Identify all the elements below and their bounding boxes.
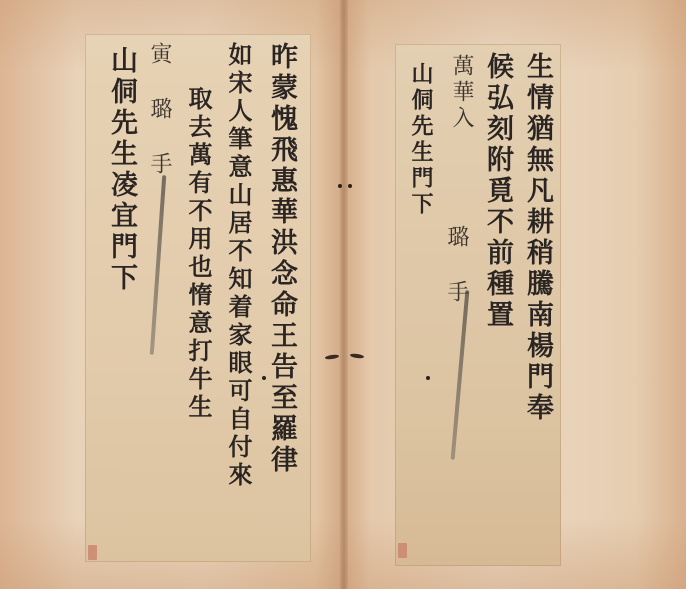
album-spread: 昨蒙愧飛惠華洪念命王告至羅律 如宋人筆意山居不知着家眼可自付來 取去萬有不用也惰…	[0, 0, 686, 589]
calligraphy-column: 萬華入	[450, 54, 472, 174]
signature-column: 寅 璐 手	[148, 42, 170, 222]
red-seal	[398, 543, 407, 558]
addressee-column: 山侗先生門下	[410, 62, 432, 322]
calligraphy-column: 取去萬有不用也惰意打牛生	[186, 86, 210, 426]
binding-hole	[348, 184, 352, 188]
calligraphy-column: 昨蒙愧飛惠華洪念命王告至羅律	[268, 42, 295, 562]
addressee-column: 山侗先生凌宜門下	[108, 46, 135, 346]
ink-dot	[262, 376, 266, 380]
binding-gutter	[340, 0, 348, 589]
binding-hole	[338, 184, 342, 188]
calligraphy-column: 如宋人筆意山居不知着家眼可自付來	[226, 42, 250, 562]
calligraphy-column: 生情猶無凡耕稍騰南楊門奉	[524, 52, 551, 482]
ink-dot	[426, 376, 430, 380]
calligraphy-column: 候弘刻附覓不前種置	[484, 52, 511, 412]
red-seal	[88, 545, 97, 560]
